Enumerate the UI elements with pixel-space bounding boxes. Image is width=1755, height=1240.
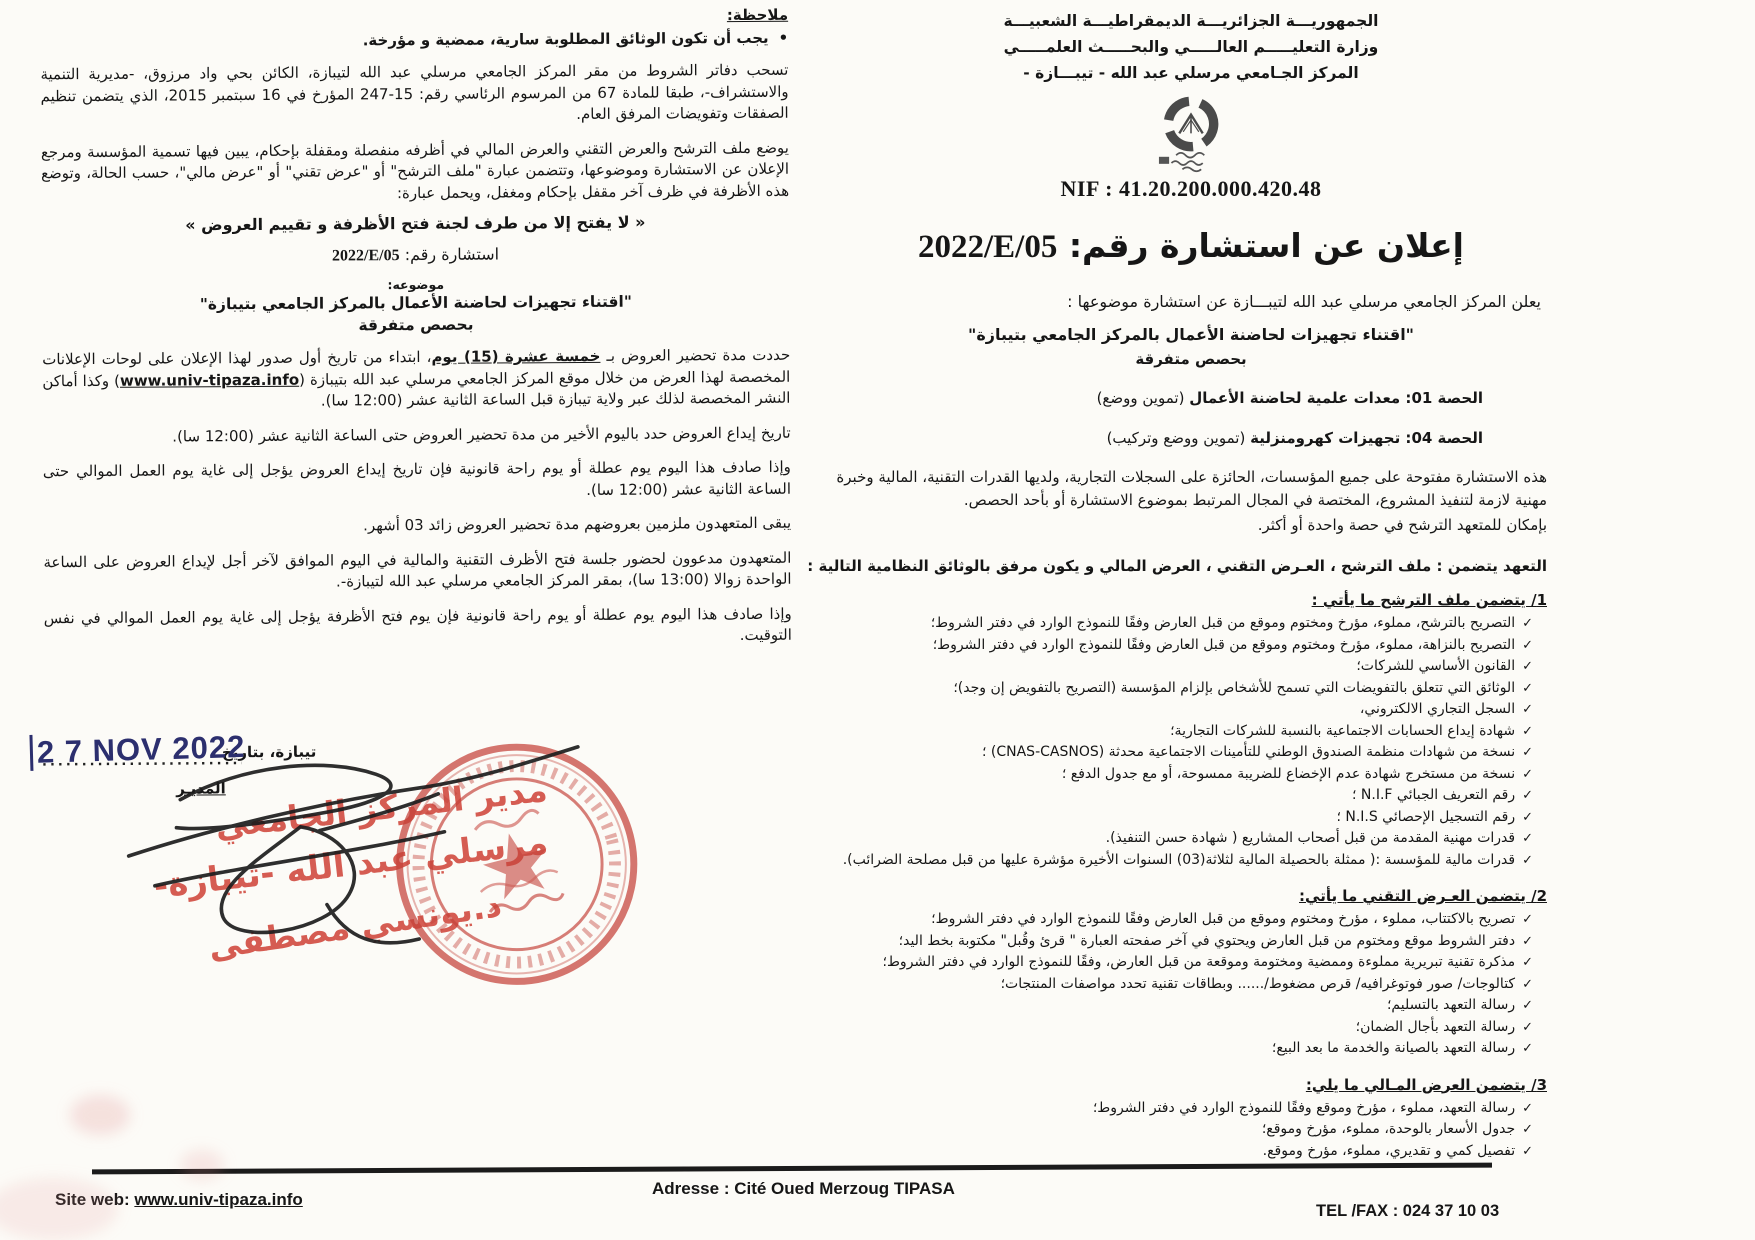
check-icon: ✓	[1522, 722, 1533, 743]
check-icon: ✓	[1522, 851, 1533, 872]
footer-divider	[92, 1163, 1492, 1175]
requirement-text: دفتر الشروط موقع ومختوم من قبل العارض وي…	[899, 933, 1515, 949]
lots-list: الحصة 01: معدات علمية لحاضنة الأعمال (تم…	[835, 386, 1483, 451]
subject-label: موضوعه:	[42, 275, 790, 295]
lot-detail: (تموين ووضع)	[1097, 389, 1185, 407]
university-seal	[835, 88, 1547, 176]
section-technical-offer: 2/ يتضمن العـرض التقني ما يأتي: ✓تصريح ب…	[835, 887, 1547, 1060]
requirement-item: ✓قدرات مهنية المقدمة من قبل أصحاب المشار…	[835, 828, 1533, 850]
check-icon: ✓	[1522, 765, 1533, 786]
requirement-item: ✓تفصيل كمي و تقديري، مملوء، مؤرخ وموقع.	[835, 1141, 1533, 1163]
section-heading: 3/ يتضمن العرض المـالي ما يلي:	[835, 1076, 1547, 1094]
requirements-list: ✓رسالة التعهد، مملوء ، مؤرخ وموقع وفقًا …	[835, 1098, 1533, 1163]
holiday-clause-paragraph: وإذا صادف هذا اليوم يوم عطلة أو يوم راحة…	[43, 457, 791, 505]
requirement-text: رسالة التعهد بأجال الضمان؛	[1356, 1019, 1515, 1035]
check-icon: ✓	[1522, 743, 1533, 764]
envelope-paragraph: يوضع ملف الترشح والعرض التقني والعرض الم…	[41, 137, 789, 206]
signature-scribble-icon	[114, 735, 596, 973]
requirement-item: ✓رقم التسجيل الإحصائي N.I.S ؛	[835, 807, 1533, 829]
eligibility-paragraph-2: بإمكان للمتعهد الترشح في حصة واحدة أو أك…	[835, 514, 1547, 537]
check-icon: ✓	[1522, 786, 1533, 807]
requirement-item: ✓نسخة من شهادات منظمة الصندوق الوطني للت…	[835, 742, 1533, 764]
deposit-date-paragraph: تاريخ إيداع العروض حدد باليوم الأخير من …	[43, 422, 791, 448]
requirement-text: جدول الأسعار بالوحدة، مملوء، مؤرخ وموقع؛	[1262, 1121, 1515, 1137]
check-icon: ✓	[1522, 1142, 1533, 1163]
requirement-text: نسخة من مستخرج شهادة عدم الإخضاع للضريبة…	[1062, 766, 1515, 782]
requirement-text: تصريح بالاكتتاب، مملوء ، مؤرخ ومختوم ومو…	[931, 911, 1515, 927]
ministry-line: وزارة التعليـــــم العالـــــي والبحــــ…	[835, 34, 1547, 60]
section-heading: 1/ يتضمن ملف الترشح ما يأتي :	[835, 591, 1547, 609]
check-icon: ✓	[1522, 975, 1533, 996]
requirement-item: ✓التصريح بالنزاهة، مملوء، مؤرخ ومختوم وم…	[835, 635, 1533, 657]
requirement-item: ✓شهادة إيداع الحسابات الاجتماعية بالنسبة…	[835, 721, 1533, 743]
check-icon: ✓	[1522, 1018, 1533, 1039]
check-icon: ✓	[1522, 700, 1533, 721]
check-icon: ✓	[1522, 910, 1533, 931]
note-bullet-line: •يجب أن تكون الوثائق المطلوبة سارية، ممض…	[40, 29, 788, 52]
main-announcement-column: الجمهوريـــة الجزائريـــة الديمقراطيـــة…	[835, 8, 1547, 1162]
requirement-text: رقم التعريف الجبائي N.I.F ؛	[1352, 787, 1515, 803]
announcement-intro: يعلن المركز الجامعي مرسلي عبد الله لتيبـ…	[835, 292, 1541, 311]
title-text: إعلان عن استشارة رقم:	[1069, 226, 1464, 265]
requirement-text: رقم التسجيل الإحصائي N.I.S ؛	[1336, 809, 1515, 825]
requirement-text: قدرات مالية للمؤسسة :( ممثلة بالحصيلة ال…	[843, 852, 1515, 868]
scanned-announcement-page: الجمهوريـــة الجزائريـــة الديمقراطيـــة…	[0, 0, 1755, 1240]
requirement-item: ✓قدرات مالية للمؤسسة :( ممثلة بالحصيلة ا…	[835, 850, 1533, 872]
republic-line: الجمهوريـــة الجزائريـــة الديمقراطيـــة…	[835, 8, 1547, 34]
government-header: الجمهوريـــة الجزائريـــة الديمقراطيـــة…	[835, 8, 1547, 86]
validity-paragraph: يبقى المتعهدون ملزمين بعروضهم مدة تحضير …	[43, 513, 791, 539]
title-ref-number: 2022/E/05	[918, 229, 1057, 265]
lot-label: الحصة 01: معدات علمية لحاضنة الأعمال	[1189, 389, 1483, 407]
lot-detail: (تموين ووضع وتركيب)	[1107, 429, 1246, 447]
requirement-item: ✓التصريح بالترشح، مملوء، مؤرخ ومختوم ومو…	[835, 613, 1533, 635]
requirement-text: شهادة إيداع الحسابات الاجتماعية بالنسبة …	[1170, 723, 1515, 739]
requirement-item: ✓دفتر الشروط موقع ومختوم من قبل العارض و…	[835, 931, 1533, 953]
reference-number: 2022/E/05	[332, 247, 400, 264]
requirement-item: ✓السجل التجاري الالكتروني،	[835, 699, 1533, 721]
requirement-item: ✓جدول الأسعار بالوحدة، مملوء، مؤرخ وموقع…	[835, 1119, 1533, 1141]
seal-mark	[1159, 157, 1169, 164]
opening-session-paragraph: المتعهدون مدعوون لحضور جلسة فتح الأظرف ا…	[43, 547, 791, 595]
requirement-text: القانون الأساسي للشركات؛	[1356, 658, 1515, 674]
check-icon: ✓	[1522, 636, 1533, 657]
check-icon: ✓	[1522, 657, 1533, 678]
requirements-list: ✓التصريح بالترشح، مملوء، مؤرخ ومختوم ومو…	[835, 613, 1533, 871]
requirement-text: التصريح بالترشح، مملوء، مؤرخ ومختوم وموق…	[931, 615, 1515, 631]
envelope-phrase: « لا يفتح إلا من طرف لجنة فتح الأظرفة و …	[41, 212, 789, 236]
requirement-item: ✓رسالة التعهد بالصيانة والخدمة ما بعد ال…	[835, 1038, 1533, 1060]
section-candidacy-file: 1/ يتضمن ملف الترشح ما يأتي : ✓التصريح ب…	[835, 591, 1547, 871]
requirement-text: رسالة التعهد، مملوء ، مؤرخ وموقع وفقًا ل…	[1093, 1100, 1515, 1116]
note-bullet-text: يجب أن تكون الوثائق المطلوبة سارية، ممضي…	[363, 29, 769, 49]
requirement-text: قدرات مهنية المقدمة من قبل أصحاب المشاري…	[1106, 830, 1515, 846]
note-heading: ملاحظة:	[40, 6, 788, 29]
subject-note: بحصص متفرقة	[835, 350, 1547, 368]
requirement-text: الوثائق التي تتعلق بالتفويضات التي تسمح …	[953, 680, 1515, 696]
check-icon: ✓	[1522, 808, 1533, 829]
lot-item: الحصة 04: تجهيزات كهرومنزلية (تموين ووضع…	[835, 426, 1483, 451]
section-heading: 2/ يتضمن العـرض التقني ما يأتي:	[835, 887, 1547, 905]
university-seal-icon	[1143, 88, 1239, 174]
announcement-title: إعلان عن استشارة رقم: 2022/E/05	[835, 226, 1547, 266]
requirement-text: تفصيل كمي و تقديري، مملوء، مؤرخ وموقع.	[1263, 1143, 1515, 1159]
requirement-text: السجل التجاري الالكتروني،	[1360, 701, 1515, 717]
requirement-item: ✓تصريح بالاكتتاب، مملوء ، مؤرخ ومختوم وم…	[835, 909, 1533, 931]
requirement-item: ✓رسالة التعهد بالتسليم؛	[835, 995, 1533, 1017]
requirement-item: ✓رسالة التعهد بأجال الضمان؛	[835, 1017, 1533, 1039]
check-icon: ✓	[1522, 1120, 1533, 1141]
requirement-text: مذكرة تقنية تبريرية مملوءة وممضية ومختوم…	[883, 954, 1516, 970]
center-line: المركز الجـامعي مرسلي عبد الله - تيبـــا…	[835, 60, 1547, 86]
lot-label: الحصة 04: تجهيزات كهرومنزلية	[1250, 429, 1483, 447]
deadline-paragraph: حددت مدة تحضير العروض بـ خمسة عشرة (15) …	[42, 345, 790, 414]
scan-smudge	[0, 1178, 118, 1240]
reference-label: استشارة رقم:	[405, 244, 500, 264]
check-icon: ✓	[1522, 953, 1533, 974]
requirement-item: ✓القانون الأساسي للشركات؛	[835, 656, 1533, 678]
requirements-list: ✓تصريح بالاكتتاب، مملوء ، مؤرخ ومختوم وم…	[835, 909, 1533, 1060]
check-icon: ✓	[1522, 1039, 1533, 1060]
requirement-item: ✓رقم التعريف الجبائي N.I.F ؛	[835, 785, 1533, 807]
requirement-text: كتالوجات/ صور فوتوغرافيه/ قرص مضغوط/....…	[1001, 976, 1516, 992]
scan-smudge	[180, 1150, 224, 1180]
check-icon: ✓	[1522, 996, 1533, 1017]
signature-area: ........................................…	[24, 727, 806, 1082]
holiday-clause-2-paragraph: وإذا صادف هذا اليوم يوم عطلة أو يوم راحة…	[44, 603, 792, 651]
requirement-text: رسالة التعهد بالتسليم؛	[1387, 997, 1515, 1013]
check-icon: ✓	[1522, 932, 1533, 953]
footer-address: Adresse : Cité Oued Merzoug TIPASA	[652, 1179, 955, 1199]
eligibility-paragraph: هذه الاستشارة مفتوحة على جميع المؤسسات، …	[835, 466, 1547, 512]
deadline-duration: خمسة عشرة (15) يوم	[431, 347, 600, 366]
note-block: ملاحظة: •يجب أن تكون الوثائق المطلوبة سا…	[40, 6, 788, 52]
bullet-icon: •	[779, 29, 789, 47]
consultation-subject: "اقتناء تجهيزات لحاضنة الأعمال بالمركز ا…	[835, 325, 1547, 344]
check-icon: ✓	[1522, 679, 1533, 700]
tender-contents-intro: التعهد يتضمن : ملف الترشح ، العـرض التقن…	[835, 557, 1547, 575]
requirement-item: ✓رسالة التعهد، مملوء ، مؤرخ وموقع وفقًا …	[835, 1098, 1533, 1120]
nif-number: NIF : 41.20.200.000.420.48	[835, 176, 1547, 202]
website-url: www.univ-tipaza.info	[134, 1190, 302, 1209]
requirement-item: ✓كتالوجات/ صور فوتوغرافيه/ قرص مضغوط/...…	[835, 974, 1533, 996]
footer-phone: TEL /FAX : 024 37 10 03	[1316, 1202, 1499, 1221]
requirement-text: نسخة من شهادات منظمة الصندوق الوطني للتأ…	[982, 744, 1515, 760]
consultation-reference: استشارة رقم: 2022/E/05	[41, 243, 789, 268]
details-column: ملاحظة: •يجب أن تكون الوثائق المطلوبة سا…	[40, 6, 792, 651]
deadline-text: حددت مدة تحضير العروض بـ	[600, 346, 790, 365]
section-financial-offer: 3/ يتضمن العرض المـالي ما يلي: ✓رسالة ال…	[835, 1076, 1547, 1163]
scan-smudge	[70, 1095, 130, 1135]
check-icon: ✓	[1522, 614, 1533, 635]
subject-repeat: "اقتناء تجهيزات لحاضنة الأعمال بالمركز ا…	[42, 292, 790, 315]
requirement-text: رسالة التعهد بالصيانة والخدمة ما بعد الب…	[1272, 1040, 1515, 1056]
requirement-item: ✓نسخة من مستخرج شهادة عدم الإخضاع للضريب…	[835, 764, 1533, 786]
requirement-item: ✓مذكرة تقنية تبريرية مملوءة وممضية ومختو…	[835, 952, 1533, 974]
withdrawal-paragraph: تسحب دفاتر الشروط من مقر المركز الجامعي …	[40, 60, 788, 129]
website-url: www.univ-tipaza.info	[120, 370, 299, 389]
lot-item: الحصة 01: معدات علمية لحاضنة الأعمال (تم…	[835, 386, 1483, 411]
check-icon: ✓	[1522, 829, 1533, 850]
requirement-text: التصريح بالنزاهة، مملوء، مؤرخ ومختوم ومو…	[933, 637, 1515, 653]
check-icon: ✓	[1522, 1099, 1533, 1120]
requirement-item: ✓الوثائق التي تتعلق بالتفويضات التي تسمح…	[835, 678, 1533, 700]
subject-note-repeat: بحصص متفرقة	[42, 314, 790, 337]
